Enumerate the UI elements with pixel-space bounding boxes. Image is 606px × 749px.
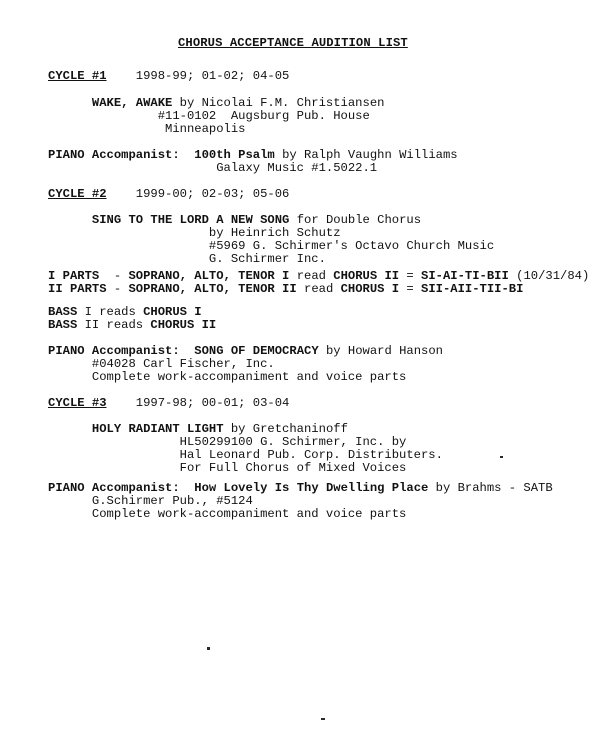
text-segment: by Brahms - SATB xyxy=(428,481,552,495)
cycle-3-song-title: HOLY RADIANT LIGHT xyxy=(92,422,224,436)
text-segment: G. Schirmer Inc. xyxy=(48,252,326,266)
text-segment: SOPRANO, ALTO, TENOR I xyxy=(128,269,289,283)
text-segment: G.Schirmer Pub., #5124 xyxy=(48,494,253,508)
text-segment: for Double Chorus xyxy=(289,213,421,227)
text-segment: BASS xyxy=(48,318,77,332)
cycle-2-piano-title: SONG OF DEMOCRACY xyxy=(194,344,318,358)
cycle-1-heading: CYCLE #1 1998-99; 01-02; 04-05 xyxy=(48,70,289,83)
text-segment: #04028 Carl Fischer, Inc. xyxy=(48,357,275,371)
piano-accompanist-label: PIANO Accompanist: xyxy=(48,148,180,162)
cycle-1-label: CYCLE #1 xyxy=(48,69,107,83)
cycle-2-label: CYCLE #2 xyxy=(48,187,107,201)
text-segment: = xyxy=(399,282,421,296)
text-segment: II PARTS xyxy=(48,282,107,296)
scan-artifact-dot xyxy=(321,718,325,720)
cycle-1-years: 1998-99; 01-02; 04-05 xyxy=(107,69,290,83)
cycle-2-song-title: SING TO THE LORD A NEW SONG xyxy=(92,213,289,227)
cycle-2-publisher-line-2: G. Schirmer Inc. xyxy=(48,253,326,266)
text-segment: For Full Chorus of Mixed Voices xyxy=(48,461,406,475)
text-segment: CHORUS II xyxy=(150,318,216,332)
cycle-3-heading: CYCLE #3 1997-98; 00-01; 03-04 xyxy=(48,397,289,410)
text-segment xyxy=(48,96,92,110)
text-segment: by Heinrich Schutz xyxy=(48,226,341,240)
text-segment: II reads xyxy=(77,318,150,332)
text-segment: by Howard Hanson xyxy=(319,344,443,358)
cycle-3-publisher-line-3: For Full Chorus of Mixed Voices xyxy=(48,462,406,475)
text-segment: Galaxy Music #1.5022.1 xyxy=(48,161,377,175)
bass-2-line: BASS II reads CHORUS II xyxy=(48,319,216,332)
piano-accompanist-label: PIANO Accompanist: xyxy=(48,344,180,358)
text-segment xyxy=(180,148,195,162)
cycle-3-label: CYCLE #3 xyxy=(48,396,107,410)
text-segment: CHORUS I xyxy=(143,305,202,319)
cycle-1-song-title: WAKE, AWAKE xyxy=(92,96,172,110)
text-segment: Minneapolis xyxy=(48,122,245,136)
text-segment: SOPRANO, ALTO, TENOR II xyxy=(128,282,296,296)
cycle-1-piano-title: 100th Psalm xyxy=(194,148,274,162)
cycle-3-piano-title: How Lovely Is Thy Dwelling Place xyxy=(194,481,428,495)
cycle-3-piano-note: Complete work-accompaniment and voice pa… xyxy=(48,508,406,521)
cycle-1-piano-publisher: Galaxy Music #1.5022.1 xyxy=(48,162,377,175)
text-segment: BASS xyxy=(48,305,77,319)
text-segment: CHORUS I xyxy=(341,282,400,296)
cycle-1-publisher-city: Minneapolis xyxy=(48,123,245,136)
text-segment: I reads xyxy=(77,305,143,319)
text-segment: (10/31/84) xyxy=(509,269,589,283)
cycle-2-heading: CYCLE #2 1999-00; 02-03; 05-06 xyxy=(48,188,289,201)
text-segment: HL50299100 G. Schirmer, Inc. by xyxy=(48,435,406,449)
text-segment: CHORUS II xyxy=(333,269,399,283)
document-title: CHORUS ACCEPTANCE AUDITION LIST xyxy=(178,36,408,50)
text-segment xyxy=(180,344,195,358)
text-segment: SI-AI-TI-BII xyxy=(421,269,509,283)
text-segment: = xyxy=(399,269,421,283)
text-segment: I PARTS xyxy=(48,269,99,283)
text-segment: by Gretchaninoff xyxy=(224,422,348,436)
scan-artifact-dot xyxy=(500,456,503,458)
text-segment xyxy=(180,481,195,495)
piano-accompanist-label: PIANO Accompanist: xyxy=(48,481,180,495)
text-segment: by Nicolai F.M. Christiansen xyxy=(172,96,384,110)
text-segment: - xyxy=(107,282,129,296)
cycle-2-years: 1999-00; 02-03; 05-06 xyxy=(107,187,290,201)
text-segment: read xyxy=(297,282,341,296)
text-segment: #11-0102 Augsburg Pub. House xyxy=(48,109,370,123)
text-segment: Hal Leonard Pub. Corp. Distributers. xyxy=(48,448,443,462)
scan-artifact-dot xyxy=(207,647,210,650)
document-page: CHORUS ACCEPTANCE AUDITION LIST CYCLE #1… xyxy=(0,0,606,749)
text-segment: SII-AII-TII-BI xyxy=(421,282,523,296)
text-segment: #5969 G. Schirmer's Octavo Church Music xyxy=(48,239,494,253)
text-segment: by Ralph Vaughn Williams xyxy=(275,148,458,162)
text-segment: read xyxy=(289,269,333,283)
cycle-2-piano-note: Complete work-accompaniment and voice pa… xyxy=(48,371,406,384)
parts-2-line: II PARTS - SOPRANO, ALTO, TENOR II read … xyxy=(48,283,523,296)
text-segment: Complete work-accompaniment and voice pa… xyxy=(48,370,406,384)
text-segment xyxy=(48,422,92,436)
cycle-3-years: 1997-98; 00-01; 03-04 xyxy=(107,396,290,410)
text-segment: - xyxy=(99,269,128,283)
text-segment xyxy=(48,213,92,227)
text-segment: Complete work-accompaniment and voice pa… xyxy=(48,507,406,521)
